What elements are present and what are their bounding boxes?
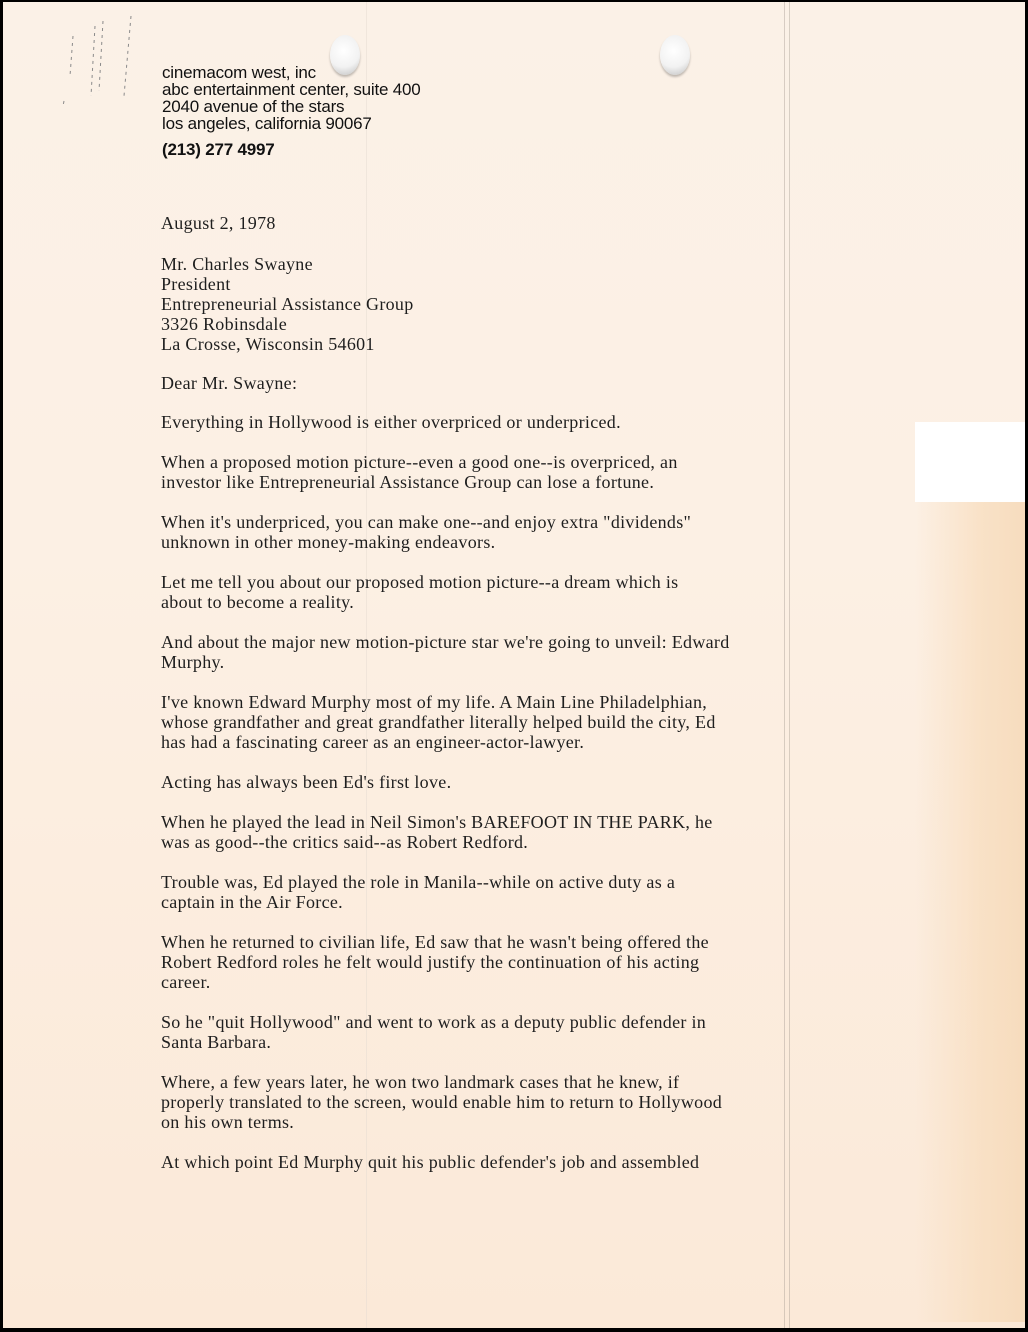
- paragraph: At which point Ed Murphy quit his public…: [161, 1152, 961, 1172]
- letter-date: August 2, 1978: [161, 213, 961, 233]
- paragraph: Where, a few years later, he won two lan…: [161, 1072, 961, 1132]
- company-address-line: 2040 avenue of the stars: [162, 98, 421, 115]
- paragraph: When a proposed motion picture--even a g…: [161, 452, 961, 492]
- paragraph: When he played the lead in Neil Simon's …: [161, 812, 961, 852]
- letter-body: August 2, 1978 Mr. Charles Swayne Presid…: [161, 213, 961, 1192]
- recipient-street: 3326 Robinsdale: [161, 314, 961, 334]
- letterhead: cinemacom west, inc abc entertainment ce…: [162, 64, 421, 158]
- company-address-line: los angeles, california 90067: [162, 115, 421, 132]
- paragraph: Let me tell you about our proposed motio…: [161, 572, 961, 612]
- recipient-name: Mr. Charles Swayne: [161, 254, 961, 274]
- company-name: cinemacom west, inc: [162, 64, 421, 81]
- recipient-title: President: [161, 274, 961, 294]
- paragraph: Everything in Hollywood is either overpr…: [161, 412, 961, 432]
- punch-hole: [660, 35, 690, 75]
- paragraph: I've known Edward Murphy most of my life…: [161, 692, 961, 752]
- paragraph: When he returned to civilian life, Ed sa…: [161, 932, 961, 992]
- paragraph: And about the major new motion-picture s…: [161, 632, 961, 672]
- paragraph: Trouble was, Ed played the role in Manil…: [161, 872, 961, 912]
- recipient-block: Mr. Charles Swayne President Entrepreneu…: [161, 254, 961, 354]
- recipient-city: La Crosse, Wisconsin 54601: [161, 334, 961, 354]
- letter-page: cinemacom west, inc abc entertainment ce…: [3, 2, 1025, 1328]
- paragraph: When it's underpriced, you can make one-…: [161, 512, 961, 552]
- recipient-organization: Entrepreneurial Assistance Group: [161, 294, 961, 314]
- paragraph: So he "quit Hollywood" and went to work …: [161, 1012, 961, 1052]
- company-address-line: abc entertainment center, suite 400: [162, 81, 421, 98]
- company-phone: (213) 277 4997: [162, 141, 421, 158]
- salutation: Dear Mr. Swayne:: [161, 373, 961, 393]
- paragraph: Acting has always been Ed's first love.: [161, 772, 961, 792]
- pencil-marks: [61, 16, 141, 106]
